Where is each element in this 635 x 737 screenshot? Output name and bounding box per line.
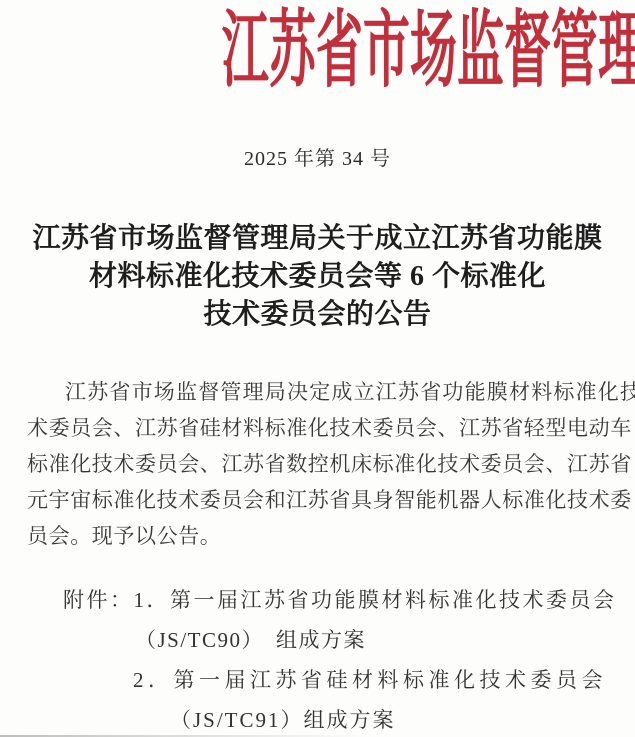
body-line: 元宇宙标准化技术委员会和江苏省具身智能机器人标准化技术委 <box>27 482 617 518</box>
announcement-title-line-2: 材料标准化技术委员会等 6 个标准化 <box>0 258 635 296</box>
announcement-title-line-3: 技术委员会的公告 <box>0 296 635 334</box>
body-line: 标准化技术委员会、江苏省数控机床标准化技术委员会、江苏省 <box>27 446 617 482</box>
announcement-title: 江苏省市场监督管理局关于成立江苏省功能膜 材料标准化技术委员会等 6 个标准化 … <box>0 220 635 334</box>
masthead: 江苏省市场监督管理局公告 <box>0 6 635 98</box>
attachment-item-2-title: 2．第一届江苏省硅材料标准化技术委员会 <box>0 660 635 700</box>
body-line: 江苏省市场监督管理局决定成立江苏省功能膜材料标准化技 <box>27 374 617 410</box>
attachment-item-1-subtitle: （JS/TC90） 组成方案 <box>0 620 635 660</box>
masthead-title: 江苏省市场监督管理局公告 <box>222 6 635 98</box>
announcement-title-line-1: 江苏省市场监督管理局关于成立江苏省功能膜 <box>0 220 635 258</box>
body-line: 员会。现予以公告。 <box>27 518 617 554</box>
attachment-item-1-title: 附件：1．第一届江苏省功能膜材料标准化技术委员会 <box>0 580 635 620</box>
body-line: 术委员会、江苏省硅材料标准化技术委员会、江苏省轻型电动车 <box>27 410 617 446</box>
attachment-list: 附件：1．第一届江苏省功能膜材料标准化技术委员会 （JS/TC90） 组成方案 … <box>0 580 635 737</box>
announcement-document-page: 江苏省市场监督管理局公告 2025 年第 34 号 江苏省市场监督管理局关于成立… <box>0 0 635 737</box>
document-number: 2025 年第 34 号 <box>0 146 635 172</box>
attachment-item-2-subtitle: （JS/TC91）组成方案 <box>0 700 635 737</box>
body-paragraph: 江苏省市场监督管理局决定成立江苏省功能膜材料标准化技 术委员会、江苏省硅材料标准… <box>27 374 617 554</box>
